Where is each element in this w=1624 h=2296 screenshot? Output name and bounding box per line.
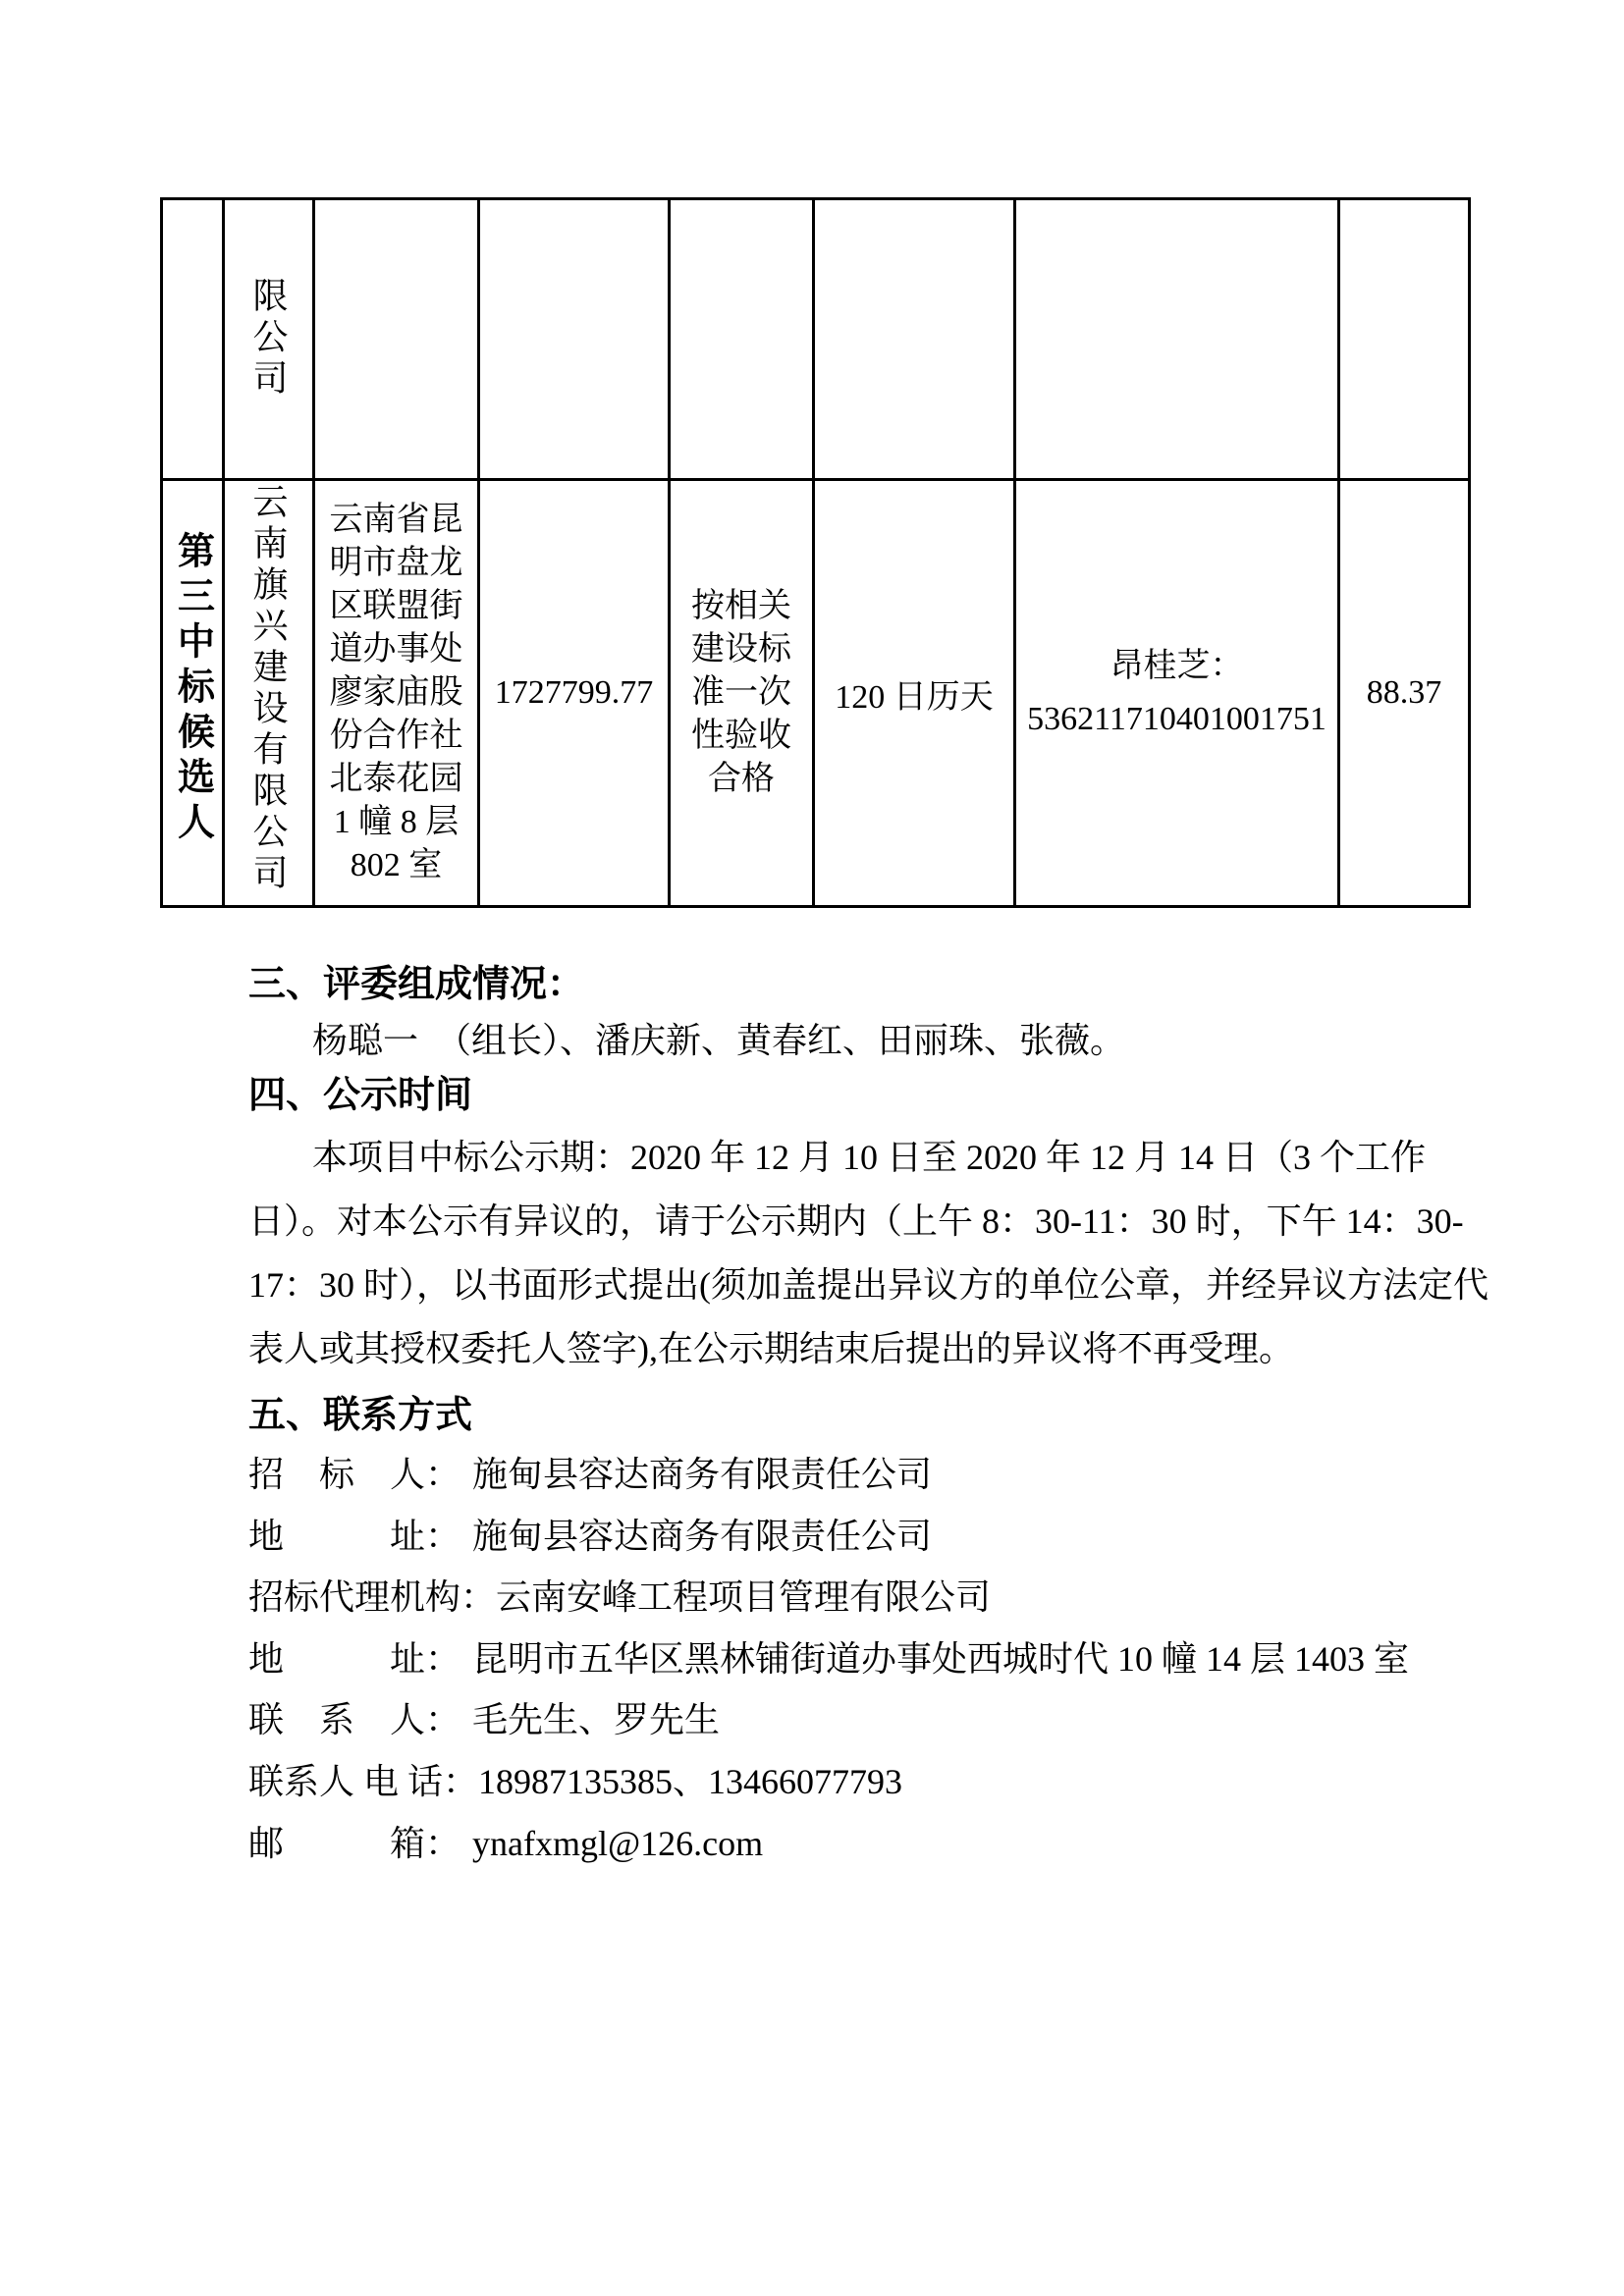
contact-row-tenderer-address: 地 址：施甸县容达商务有限责任公司 bbox=[248, 1506, 1409, 1568]
contact-email: ynafxmgl@126.com bbox=[472, 1824, 763, 1863]
publicity-section-heading: 四、公示时间 bbox=[248, 1074, 472, 1117]
contact-label: 联系人 电 话： bbox=[248, 1751, 478, 1813]
table-row-third-candidate: 第三中标候选人 云南旗兴建设有限公司 云南省昆明市盘龙区联盟街道办事处廖家庙股份… bbox=[162, 480, 1470, 907]
candidate-bid-price: 1727799.77 bbox=[495, 674, 654, 711]
agency-address: 昆明市五华区黑林铺街道办事处西城时代 10 幢 14 层 1403 室 bbox=[472, 1639, 1409, 1679]
carryover-score-cell bbox=[1339, 199, 1470, 480]
contact-section-heading: 五、联系方式 bbox=[248, 1394, 472, 1437]
contact-phone-numbers: 18987135385、13466077793 bbox=[478, 1762, 902, 1801]
candidate-project-manager-name: 昂桂芝： bbox=[1016, 640, 1337, 693]
publicity-paragraph-line: 日）。对本公示有异议的，请于公示期内（上午 8：30-11：30 时，下午 14… bbox=[248, 1190, 1476, 1254]
candidate-address-cell: 云南省昆明市盘龙区联盟街道办事处廖家庙股份合作社北泰花园 1 幢 8 层 802… bbox=[314, 480, 479, 907]
agency-name: 云南安峰工程项目管理有限公司 bbox=[496, 1577, 991, 1617]
candidate-company-cell: 云南旗兴建设有限公司 bbox=[224, 480, 314, 907]
candidate-rowlabel-cell: 第三中标候选人 bbox=[162, 480, 224, 907]
contact-label: 地 址： bbox=[248, 1506, 472, 1568]
candidate-score-cell: 88.37 bbox=[1339, 480, 1470, 907]
contact-row-agency: 招标代理机构：云南安峰工程项目管理有限公司 bbox=[248, 1567, 1409, 1629]
candidate-company-name: 云南旗兴建设有限公司 bbox=[244, 483, 294, 895]
candidate-project-manager-cert: 536211710401001751 bbox=[1016, 693, 1337, 746]
carryover-price-cell bbox=[479, 199, 670, 480]
publicity-paragraph-line: 17：30 时），以书面形式提出(须加盖提出异议方的单位公章，并经异议方法定代 bbox=[248, 1254, 1476, 1317]
committee-section-heading: 三、评委组成情况： bbox=[248, 963, 584, 1006]
bid-result-table: 限公司 第三中标候选人 云南旗兴建设有限公司 云南省昆明市盘龙区联盟街道办事处廖… bbox=[160, 197, 1471, 908]
carryover-rowlabel-cell bbox=[162, 199, 224, 480]
candidate-quality-standard: 按相关建设标准一次性验收合格 bbox=[671, 585, 812, 801]
carryover-address-cell bbox=[314, 199, 479, 480]
contact-label: 地 址： bbox=[248, 1629, 472, 1690]
contact-label: 邮 箱： bbox=[248, 1813, 472, 1875]
carryover-quality-cell bbox=[670, 199, 814, 480]
carryover-company-cell: 限公司 bbox=[224, 199, 314, 480]
contact-row-phone: 联系人 电 话：18987135385、13466077793 bbox=[248, 1751, 1409, 1813]
tenderer-address: 施甸县容达商务有限责任公司 bbox=[472, 1517, 932, 1556]
contact-info-block: 招 标 人：施甸县容达商务有限责任公司 地 址：施甸县容达商务有限责任公司 招标… bbox=[248, 1444, 1409, 1874]
table-row-carryover: 限公司 bbox=[162, 199, 1470, 480]
contact-row-agency-address: 地 址：昆明市五华区黑林铺街道办事处西城时代 10 幢 14 层 1403 室 bbox=[248, 1629, 1409, 1690]
contact-person-names: 毛先生、罗先生 bbox=[472, 1700, 720, 1739]
candidate-score: 88.37 bbox=[1367, 674, 1442, 711]
publicity-paragraph-line: 表人或其授权委托人签字),在公示期结束后提出的异议将不再受理。 bbox=[248, 1317, 1476, 1381]
candidate-quality-cell: 按相关建设标准一次性验收合格 bbox=[670, 480, 814, 907]
contact-row-contact-person: 联 系 人：毛先生、罗先生 bbox=[248, 1689, 1409, 1751]
publicity-paragraph-line: 本项目中标公示期：2020 年 12 月 10 日至 2020 年 12 月 1… bbox=[248, 1126, 1476, 1190]
carryover-period-cell bbox=[814, 199, 1015, 480]
publicity-paragraph: 本项目中标公示期：2020 年 12 月 10 日至 2020 年 12 月 1… bbox=[248, 1126, 1476, 1381]
contact-row-tenderer: 招 标 人：施甸县容达商务有限责任公司 bbox=[248, 1444, 1409, 1506]
contact-label: 招标代理机构： bbox=[248, 1567, 496, 1629]
candidate-price-cell: 1727799.77 bbox=[479, 480, 670, 907]
third-candidate-row-label: 第三中标候选人 bbox=[166, 531, 220, 847]
contact-label: 联 系 人： bbox=[248, 1689, 472, 1751]
document-page: 限公司 第三中标候选人 云南旗兴建设有限公司 云南省昆明市盘龙区联盟街道办事处廖… bbox=[0, 0, 1624, 2296]
carryover-company-name-tail: 限公司 bbox=[244, 269, 294, 400]
candidate-construction-period: 120 日历天 bbox=[835, 679, 994, 716]
carryover-manager-cell bbox=[1015, 199, 1339, 480]
candidate-manager-cell: 昂桂芝： 536211710401001751 bbox=[1015, 480, 1339, 907]
contact-row-email: 邮 箱：ynafxmgl@126.com bbox=[248, 1813, 1409, 1875]
candidate-period-cell: 120 日历天 bbox=[814, 480, 1015, 907]
tenderer-name: 施甸县容达商务有限责任公司 bbox=[472, 1455, 932, 1494]
candidate-company-address: 云南省昆明市盘龙区联盟街道办事处廖家庙股份合作社北泰花园 1 幢 8 层 802… bbox=[315, 499, 477, 887]
contact-label: 招 标 人： bbox=[248, 1444, 472, 1506]
committee-members-line: 杨聪一 （组长）、潘庆新、黄春红、田丽珠、张薇。 bbox=[312, 1019, 1125, 1062]
